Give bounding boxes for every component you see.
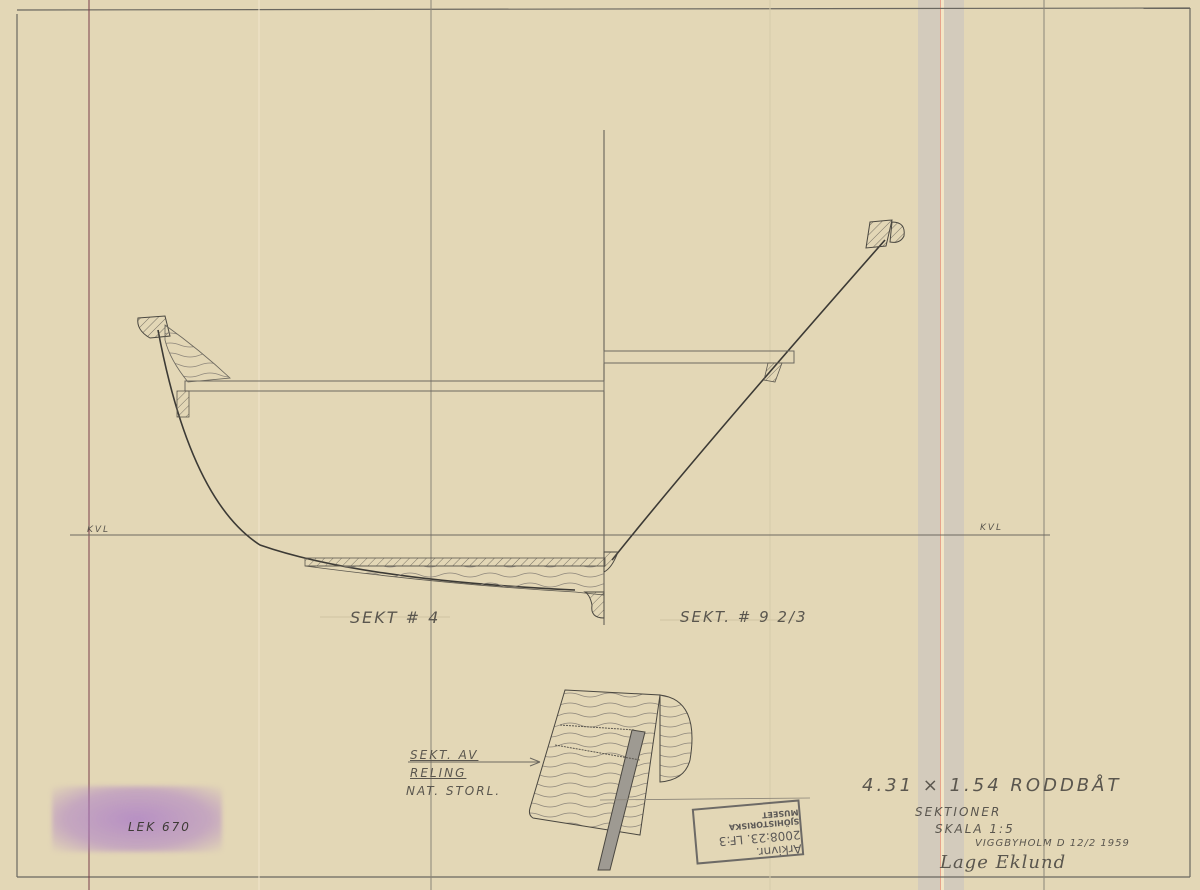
detail-note-line2: RELING [410,766,466,780]
section-label-right: SEKT. # 9 2/3 [680,608,808,626]
drawing-title: 4.31 × 1.54 RODDBÅT [862,775,1121,796]
waterline-label-left: KVL [87,525,110,535]
detail-note-line3: NAT. STORL. [406,784,501,798]
purple-archive-stamp [52,786,222,852]
drawing-sheet: KVL KVL SEKT # 4 SEKT. # 9 2/3 SEKT. AV … [0,0,1200,890]
section-9-hull [604,220,904,572]
waterline-label-right: KVL [980,523,1003,533]
detail-note-line1: SEKT. AV [410,748,478,762]
section-label-left: SEKT # 4 [350,608,440,627]
archive-code: LEK 670 [128,820,191,834]
drawing-canvas [0,0,1200,890]
drawing-scale: SKALA 1:5 [935,822,1015,836]
place-date: VIGGBYHOLM D 12/2 1959 [975,838,1130,849]
signature: Lage Eklund [940,852,1066,873]
drawing-subtitle: SEKTIONER [915,805,1001,819]
museum-stamp: SJÖHISTORISKA MUSEET Arkivnr. 2008:23. L… [692,799,804,864]
section-4-hull [138,316,605,618]
